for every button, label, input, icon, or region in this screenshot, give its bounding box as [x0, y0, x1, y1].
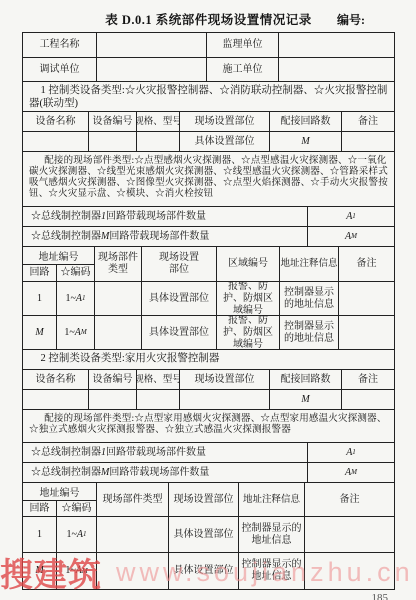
code-range-cell: 1~AM [56, 316, 94, 349]
zone-no-cell: 报警、防护、防烟区域编号 [216, 282, 279, 315]
loop1-count-label: ☆总线制控制器 1 回路带载现场部件数量 [23, 207, 307, 226]
loop-count-field: M [269, 390, 341, 409]
code-range-cell: 1~A1 [56, 517, 96, 552]
commissioning-unit-field [96, 58, 206, 81]
section2-device-header: 设备名称 设备编号 规格、型号 现场设置部位 配接回路数 备注 [23, 369, 394, 389]
section2-heading: 2 控制类设备类型:家用火灾报警控制器 [23, 350, 394, 369]
section1-address-row-M: M 1~AM 具体设置部位 报警、防护、防烟区域编号 控制器显示的地址信息 [23, 315, 394, 349]
code-range-cell: 1~AM [56, 553, 96, 589]
col-site-location: 现场设置部位 [179, 370, 269, 389]
loop-subcol-label: 回路 [23, 501, 56, 516]
address-note-cell: 控制器显示的地址信息 [238, 553, 304, 589]
section1-device-header: 设备名称 设备编号 规格、型号 现场设置部位 配接回路数 备注 [23, 111, 394, 131]
section1-parts-note-row: 配接的现场部件类型:☆点型感烟火灾探测器、☆点型感温火灾探测器、☆一氧化碳火灾探… [23, 151, 394, 206]
address-note-col-label: 地址注释信息 [238, 483, 304, 516]
set-location-cell: 具体设置部位 [141, 282, 216, 315]
section2-address-header: 地址编号 回路 ☆编码 现场部件类型 现场设置部位 地址注释信息 备注 [23, 482, 394, 516]
supervisor-unit-field [278, 33, 394, 57]
device-no-field [88, 390, 136, 409]
loop1-count-value: A1 [307, 207, 394, 226]
set-location-col-label: 现场设置部位 [168, 483, 238, 516]
code-subcol-label: ☆编码 [56, 265, 94, 281]
info-row-2: 调试单位 施工单位 [23, 57, 394, 81]
section1-address-header: 地址编号 回路 ☆编码 现场部件类型 现场设置部位 区域编号 地址注释信息 备注 [23, 246, 394, 281]
loop-no-cell: 1 [23, 517, 56, 552]
section1-loopM-row: ☆总线制控制器 M 回路带载现场部件数量 AM [23, 226, 394, 246]
address-note-cell: 控制器显示的地址信息 [238, 517, 304, 552]
section2-heading-row: 2 控制类设备类型:家用火灾报警控制器 [23, 349, 394, 369]
code-range-cell: 1~A1 [56, 282, 94, 315]
col-loop-count: 配接回路数 [269, 112, 341, 131]
spec-model-field [136, 132, 179, 151]
section1-parts-note: 配接的现场部件类型:☆点型感烟火灾探测器、☆点型感温火灾探测器、☆一氧化碳火灾探… [23, 152, 394, 206]
col-remark: 备注 [341, 112, 394, 131]
code-subcol-label: ☆编码 [56, 501, 96, 516]
device-name-field [23, 390, 88, 409]
loopM-count-label: ☆总线制控制器 M 回路带载现场部件数量 [23, 227, 307, 246]
remark-field [341, 390, 394, 409]
part-type-col-label: 现场部件类型 [96, 483, 168, 516]
construction-unit-label: 施工单位 [206, 58, 278, 81]
device-no-field [88, 132, 136, 151]
remark-col-label: 备注 [338, 247, 394, 281]
section1-heading-row: 1 控制类设备类型:☆火灾报警控制器、☆消防联动控制器、☆火灾报警控制器(联动型… [23, 81, 394, 111]
col-spec-model: 规格、型号 [136, 370, 179, 389]
section1-address-row-1: 1 1~A1 具体设置部位 报警、防护、防烟区域编号 控制器显示的地址信息 [23, 281, 394, 315]
col-site-location: 现场设置部位 [179, 112, 269, 131]
part-type-cell [96, 553, 168, 589]
set-location-cell: 具体设置部位 [168, 517, 238, 552]
loop-count-field: M [269, 132, 341, 151]
remark-cell [304, 553, 394, 589]
section2-parts-note-row: 配接的现场部件类型:☆点型家用感烟火灾探测器、☆点型家用感温火灾探测器、☆独立式… [23, 409, 394, 442]
spec-model-field [136, 390, 179, 409]
col-spec-model: 规格、型号 [136, 112, 179, 131]
record-form-table: 工程名称 监理单位 调试单位 施工单位 1 控制类设备类型:☆火灾报警控制器、☆… [22, 32, 395, 590]
address-note-col-label: 地址注释信息 [279, 247, 338, 281]
site-location-field: 具体设置部位 [179, 132, 269, 151]
remark-cell [338, 316, 394, 349]
set-location-col-label: 现场设置部位 [141, 247, 216, 281]
section2-device-row: M [23, 389, 394, 409]
page-number: 185 [372, 592, 389, 600]
construction-unit-field [278, 58, 394, 81]
col-device-no: 设备编号 [88, 112, 136, 131]
loopM-count-value: AM [307, 463, 394, 482]
site-location-field [179, 390, 269, 409]
remark-cell [304, 517, 394, 552]
address-no-header-block: 地址编号 回路 ☆编码 [23, 247, 94, 281]
project-name-label: 工程名称 [23, 33, 96, 57]
loop-no-cell: M [23, 316, 56, 349]
loop-subcol-label: 回路 [23, 265, 56, 281]
loop1-count-label: ☆总线制控制器 1 回路带载现场部件数量 [23, 443, 307, 462]
set-location-cell: 具体设置部位 [141, 316, 216, 349]
section2-loop1-row: ☆总线制控制器 1 回路带载现场部件数量 A1 [23, 442, 394, 462]
serial-number-label: 编号: [337, 11, 365, 28]
section2-address-row-1: 1 1~A1 具体设置部位 控制器显示的地址信息 [23, 516, 394, 552]
part-type-cell [96, 517, 168, 552]
address-note-cell: 控制器显示的地址信息 [279, 316, 338, 349]
title-bar: 表 D.0.1 系统部件现场设置情况记录 编号: [22, 10, 395, 29]
col-device-name: 设备名称 [23, 370, 88, 389]
commissioning-unit-label: 调试单位 [23, 58, 96, 81]
remark-field [341, 132, 394, 151]
loop1-label-pre: ☆总线制控制器 [31, 211, 101, 223]
col-loop-count: 配接回路数 [269, 370, 341, 389]
project-name-field [96, 33, 206, 57]
page-title: 表 D.0.1 系统部件现场设置情况记录 [105, 13, 312, 27]
col-device-no: 设备编号 [88, 370, 136, 389]
loop1-label-post: 回路带载现场部件数量 [106, 211, 206, 223]
section2-parts-note: 配接的现场部件类型:☆点型家用感烟火灾探测器、☆点型家用感温火灾探测器、☆独立式… [23, 410, 394, 442]
address-no-header-block: 地址编号 回路 ☆编码 [23, 483, 96, 516]
info-row-1: 工程名称 监理单位 [23, 33, 394, 57]
loopM-label-pre: ☆总线制控制器 [31, 231, 101, 243]
address-no-label: 地址编号 [23, 247, 94, 264]
loopM-count-label: ☆总线制控制器 M 回路带载现场部件数量 [23, 463, 307, 482]
remark-col-label: 备注 [304, 483, 394, 516]
zone-no-cell: 报警、防护、防烟区域编号 [216, 316, 279, 349]
part-type-cell [94, 282, 141, 315]
loopM-label-var: M [101, 231, 109, 243]
loop-no-cell: 1 [23, 282, 56, 315]
address-note-cell: 控制器显示的地址信息 [279, 282, 338, 315]
loopM-label-post: 回路带载现场部件数量 [109, 231, 209, 243]
section1-heading: 1 控制类设备类型:☆火灾报警控制器、☆消防联动控制器、☆火灾报警控制器(联动型… [23, 82, 394, 111]
zone-no-col-label: 区域编号 [216, 247, 279, 281]
part-type-col-label: 现场部件类型 [94, 247, 141, 281]
device-name-field [23, 132, 88, 151]
part-type-cell [94, 316, 141, 349]
address-no-label: 地址编号 [23, 483, 96, 500]
loop1-count-value: A1 [307, 443, 394, 462]
loopM-count-value: AM [307, 227, 394, 246]
section2-loopM-row: ☆总线制控制器 M 回路带载现场部件数量 AM [23, 462, 394, 482]
col-remark: 备注 [341, 370, 394, 389]
col-device-name: 设备名称 [23, 112, 88, 131]
supervisor-unit-label: 监理单位 [206, 33, 278, 57]
loop-no-cell: M [23, 553, 56, 589]
remark-cell [338, 282, 394, 315]
section2-address-row-M: M 1~AM 具体设置部位 控制器显示的地址信息 [23, 552, 394, 589]
set-location-cell: 具体设置部位 [168, 553, 238, 589]
section1-loop1-row: ☆总线制控制器 1 回路带载现场部件数量 A1 [23, 206, 394, 226]
section1-device-row: 具体设置部位 M [23, 131, 394, 151]
